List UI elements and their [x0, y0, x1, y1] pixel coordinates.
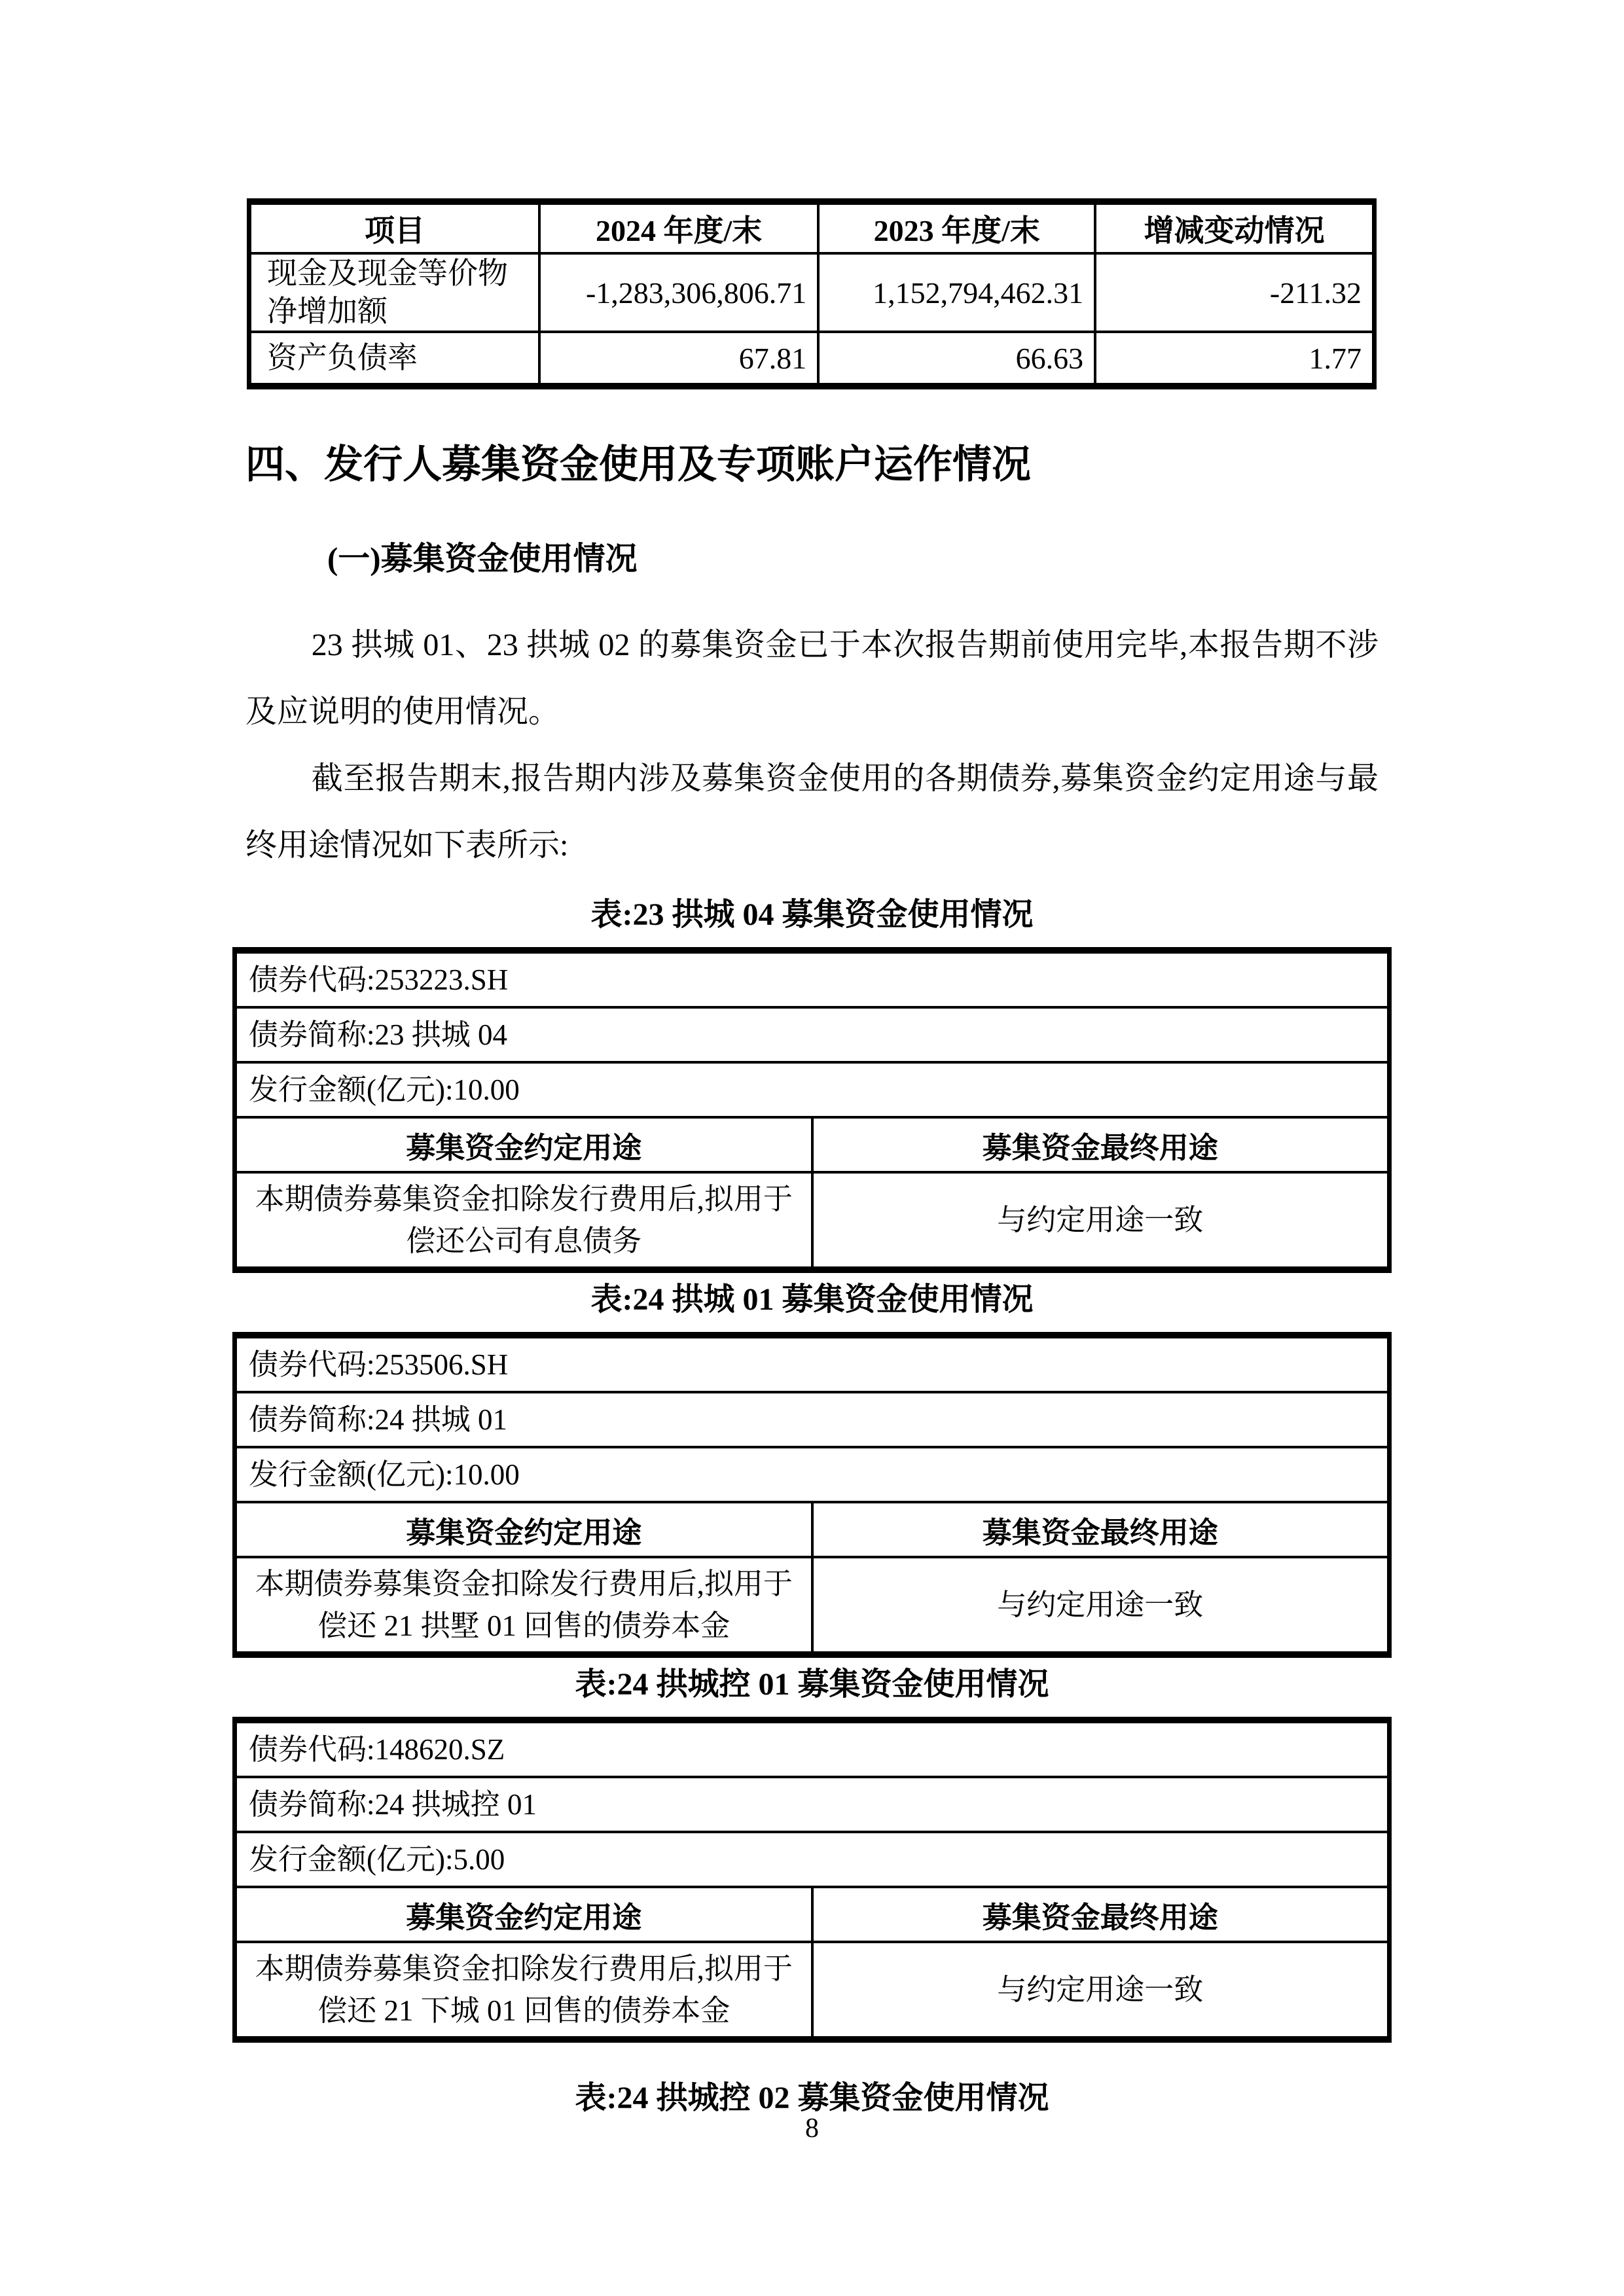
bond-name-cell: 债券简称:24 拱城控 01 [235, 1777, 1390, 1832]
bond-name-row: 债券简称:23 拱城 04 [235, 1007, 1390, 1062]
summary-cell-2023: 66.63 [818, 332, 1095, 386]
bond-table-24gongchengkong01: 债券代码:148620.SZ 债券简称:24 拱城控 01 发行金额(亿元):5… [232, 1717, 1392, 2043]
bond-name-row: 债券简称:24 拱城控 01 [235, 1777, 1390, 1832]
summary-cell-2023: 1,152,794,462.31 [818, 253, 1095, 332]
summary-cell-2024: 67.81 [539, 332, 818, 386]
final-use-header-cell: 募集资金最终用途 [812, 1887, 1390, 1942]
use-row: 本期债券募集资金扣除发行费用后,拟用于偿还 21 拱墅 01 回售的债券本金 与… [235, 1557, 1390, 1655]
bond-table-23gongcheng04: 债券代码:253223.SH 债券简称:23 拱城 04 发行金额(亿元):10… [232, 947, 1392, 1273]
section-heading: 四、发行人募集资金使用及专项账户运作情况 [245, 440, 1379, 489]
bond-amount-row: 发行金额(亿元):5.00 [235, 1832, 1390, 1887]
bond-code-row: 债券代码:253223.SH [235, 950, 1390, 1007]
use-header-row: 募集资金约定用途 募集资金最终用途 [235, 1887, 1390, 1942]
summary-cell-item: 资产负债率 [249, 332, 540, 386]
agreed-use-header-cell: 募集资金约定用途 [235, 1502, 812, 1557]
summary-cell-item: 现金及现金等价物净增加额 [249, 253, 540, 332]
use-header-row: 募集资金约定用途 募集资金最终用途 [235, 1117, 1390, 1172]
final-use-cell: 与约定用途一致 [812, 1942, 1390, 2039]
bond-amount-cell: 发行金额(亿元):10.00 [235, 1062, 1390, 1117]
final-use-cell: 与约定用途一致 [812, 1557, 1390, 1655]
agreed-use-header-cell: 募集资金约定用途 [235, 1887, 812, 1942]
bond-amount-row: 发行金额(亿元):10.00 [235, 1062, 1390, 1117]
table-caption-24gongchengkong01: 表:24 拱城控 01 募集资金使用情况 [232, 1666, 1392, 1704]
bond-code-cell: 债券代码:253506.SH [235, 1335, 1390, 1392]
summary-cell-change: -211.32 [1095, 253, 1374, 332]
use-row: 本期债券募集资金扣除发行费用后,拟用于偿还 21 下城 01 回售的债券本金 与… [235, 1942, 1390, 2039]
summary-header-2024: 2024 年度/末 [539, 202, 818, 253]
agreed-use-cell: 本期债券募集资金扣除发行费用后,拟用于偿还 21 下城 01 回售的债券本金 [235, 1942, 812, 2039]
page-content: 项目 2024 年度/末 2023 年度/末 增减变动情况 现金及现金等价物净增… [232, 198, 1392, 2117]
summary-row-cash: 现金及现金等价物净增加额 -1,283,306,806.71 1,152,794… [249, 253, 1375, 332]
bond-code-cell: 债券代码:148620.SZ [235, 1720, 1390, 1777]
table-caption-23gongcheng04: 表:23 拱城 04 募集资金使用情况 [232, 896, 1392, 934]
summary-row-debt-ratio: 资产负债率 67.81 66.63 1.77 [249, 332, 1375, 386]
use-header-row: 募集资金约定用途 募集资金最终用途 [235, 1502, 1390, 1557]
bond-name-cell: 债券简称:23 拱城 04 [235, 1007, 1390, 1062]
bond-amount-row: 发行金额(亿元):10.00 [235, 1447, 1390, 1502]
final-use-header-cell: 募集资金最终用途 [812, 1117, 1390, 1172]
bond-amount-cell: 发行金额(亿元):10.00 [235, 1447, 1390, 1502]
bond-amount-cell: 发行金额(亿元):5.00 [235, 1832, 1390, 1887]
agreed-use-header-cell: 募集资金约定用途 [235, 1117, 812, 1172]
section-subheading: (一)募集资金使用情况 [245, 540, 1379, 578]
summary-header-item: 项目 [249, 202, 540, 253]
bond-code-cell: 债券代码:253223.SH [235, 950, 1390, 1007]
bond-code-row: 债券代码:253506.SH [235, 1335, 1390, 1392]
table-caption-24gongcheng01: 表:24 拱城 01 募集资金使用情况 [232, 1281, 1392, 1319]
financial-summary-table: 项目 2024 年度/末 2023 年度/末 增减变动情况 现金及现金等价物净增… [247, 198, 1377, 389]
summary-cell-2024: -1,283,306,806.71 [539, 253, 818, 332]
paragraph-2: 截至报告期末,报告期内涉及募集资金使用的各期债券,募集资金约定用途与最终用途情况… [245, 745, 1379, 879]
bond-name-cell: 债券简称:24 拱城 01 [235, 1392, 1390, 1447]
bond-table-24gongcheng01: 债券代码:253506.SH 债券简称:24 拱城 01 发行金额(亿元):10… [232, 1332, 1392, 1658]
summary-header-2023: 2023 年度/末 [818, 202, 1095, 253]
use-row: 本期债券募集资金扣除发行费用后,拟用于偿还公司有息债务 与约定用途一致 [235, 1172, 1390, 1270]
bond-name-row: 债券简称:24 拱城 01 [235, 1392, 1390, 1447]
agreed-use-cell: 本期债券募集资金扣除发行费用后,拟用于偿还公司有息债务 [235, 1172, 812, 1270]
bond-code-row: 债券代码:148620.SZ [235, 1720, 1390, 1777]
page-number: 8 [0, 2113, 1624, 2144]
agreed-use-cell: 本期债券募集资金扣除发行费用后,拟用于偿还 21 拱墅 01 回售的债券本金 [235, 1557, 812, 1655]
final-use-cell: 与约定用途一致 [812, 1172, 1390, 1270]
summary-header-row: 项目 2024 年度/末 2023 年度/末 增减变动情况 [249, 202, 1375, 253]
table-caption-24gongchengkong02: 表:24 拱城控 02 募集资金使用情况 [232, 2079, 1392, 2117]
paragraph-1: 23 拱城 01、23 拱城 02 的募集资金已于本次报告期前使用完毕,本报告期… [245, 612, 1379, 745]
summary-cell-change: 1.77 [1095, 332, 1374, 386]
document-page: 项目 2024 年度/末 2023 年度/末 增减变动情况 现金及现金等价物净增… [0, 0, 1624, 2296]
summary-header-change: 增减变动情况 [1095, 202, 1374, 253]
final-use-header-cell: 募集资金最终用途 [812, 1502, 1390, 1557]
